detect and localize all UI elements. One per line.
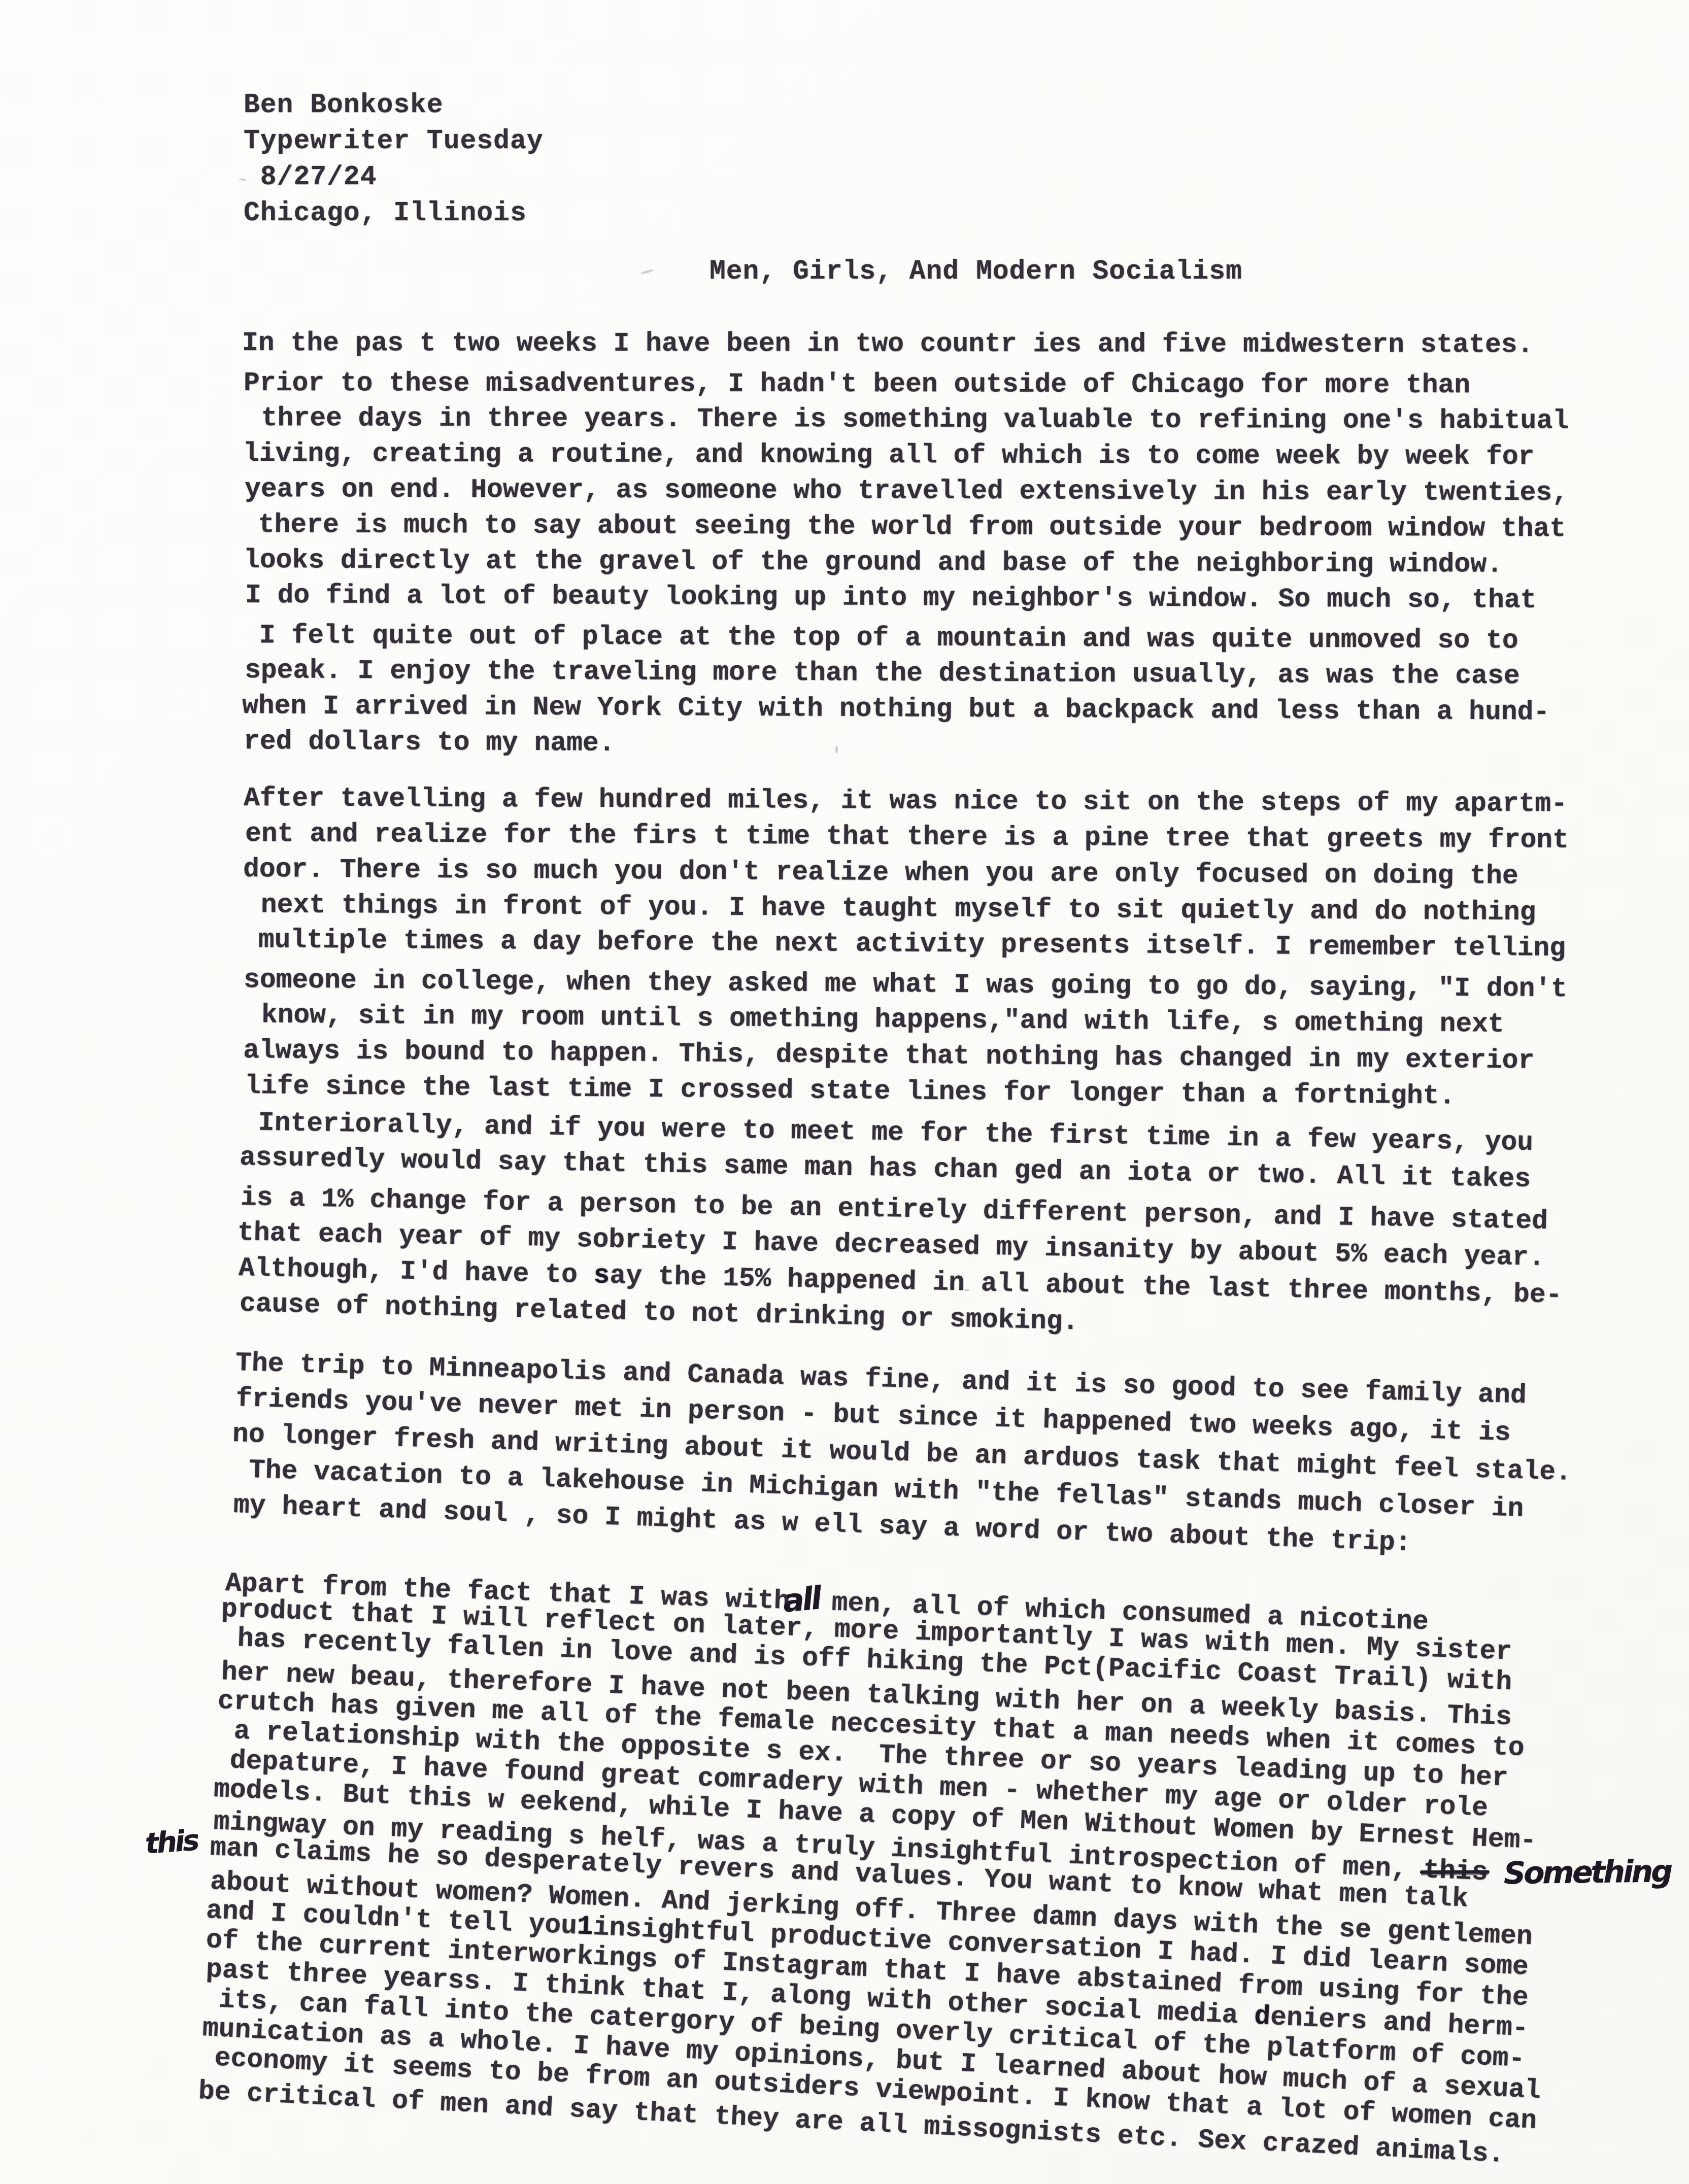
typed-line: always is bound to happen. This, despite… <box>243 1034 1534 1077</box>
typed-text: know, sit in my room until s omething ha… <box>245 1000 1504 1040</box>
typed-line: there is much to say about seeing the wo… <box>242 508 1566 545</box>
typed-text: ent and realize for the firs t time that… <box>245 818 1569 856</box>
handwritten-text: Something <box>1504 1855 1671 1890</box>
typed-line: someone in college, when they asked me w… <box>244 964 1567 1005</box>
typed-text: three days in three years. There is some… <box>245 403 1569 436</box>
overstruck-text: 1 <box>577 1912 594 1942</box>
margin-note-handwritten: this <box>144 1824 198 1860</box>
typed-text: Chicago, Illinois <box>244 198 527 228</box>
typed-text: looks directly at the gravel of the grou… <box>244 545 1503 580</box>
typed-line: speak. I enjoy the traveling more than t… <box>244 654 1519 692</box>
scan-speck <box>640 269 654 275</box>
typed-line: red dollars to my name. <box>244 725 615 760</box>
typed-text: Prior to these misadventures, I hadn't b… <box>244 368 1470 400</box>
typed-line: I do find a lot of beauty looking up int… <box>245 579 1537 617</box>
header-line: 8/27/24 <box>244 161 377 193</box>
typed-text: life since the last time I crossed state… <box>244 1071 1455 1111</box>
typed-line: I felt quite out of place at the top of … <box>243 619 1518 657</box>
typed-text: door. There is so much you don't realize… <box>243 854 1518 892</box>
typed-line: In the pas t two weeks I have been in tw… <box>242 327 1534 361</box>
typed-line: ent and realize for the firs t time that… <box>245 817 1569 857</box>
typed-line: know, sit in my room until s omething ha… <box>245 999 1504 1041</box>
typed-line: life since the last time I crossed state… <box>244 1070 1455 1112</box>
typed-line: door. There is so much you don't realize… <box>243 853 1518 893</box>
overstruck-text: d <box>1254 2001 1271 2032</box>
typed-line: multiple times a day before the next act… <box>242 924 1566 965</box>
typed-text: always is bound to happen. This, despite… <box>243 1035 1534 1076</box>
typed-text: multiple times a day before the next act… <box>242 925 1566 964</box>
typed-text: red dollars to my name. <box>244 726 615 759</box>
typed-line: when I arrived in New York City with not… <box>242 690 1550 729</box>
typed-text: speak. I enjoy the traveling more than t… <box>244 655 1519 691</box>
header-line: Chicago, Illinois <box>244 197 527 229</box>
typed-line: Prior to these misadventures, I hadn't b… <box>244 367 1470 401</box>
typed-text: when I arrived in New York City with not… <box>242 691 1549 728</box>
scanned-letter-page: Ben BonkoskeTypewriter Tuesday 8/27/24Ch… <box>0 0 1689 2184</box>
typed-text: I do find a lot of beauty looking up int… <box>245 580 1537 616</box>
typed-line: living, creating a routine, and knowing … <box>243 437 1534 473</box>
typed-text: years on end. However, as someone who tr… <box>244 474 1568 508</box>
typed-text: Although, I'd have to <box>238 1253 594 1290</box>
header-line: Ben Bonkoske <box>244 89 444 121</box>
typed-text: I felt quite out of place at the top of … <box>243 620 1518 656</box>
header-line: Typewriter Tuesday <box>244 125 544 157</box>
typed-text <box>1487 1857 1504 1888</box>
typed-line: next things in front of you. I have taug… <box>244 889 1536 929</box>
typed-line: years on end. However, as someone who tr… <box>244 473 1568 509</box>
typed-text: someone in college, when they asked me w… <box>244 965 1567 1004</box>
typed-line: three days in three years. There is some… <box>245 402 1569 437</box>
typed-text: next things in front of you. I have taug… <box>244 890 1536 928</box>
overstruck-text: s <box>593 1260 610 1291</box>
letter-title: Men, Girls, And Modern Socialism <box>710 256 1242 287</box>
typed-line: looks directly at the gravel of the grou… <box>244 544 1503 581</box>
typed-line: After tavelling a few hundred miles, it … <box>244 782 1567 820</box>
scan-speck <box>835 745 838 754</box>
typed-text: In the pas t two weeks I have been in tw… <box>242 328 1534 360</box>
typed-text: After tavelling a few hundred miles, it … <box>244 783 1567 819</box>
typed-text: there is much to say about seeing the wo… <box>242 509 1566 544</box>
typed-text: Typewriter Tuesday <box>244 126 544 156</box>
scan-speck <box>964 1289 969 1291</box>
typed-text: 8/27/24 <box>244 162 377 192</box>
typed-text: Ben Bonkoske <box>244 90 444 120</box>
typed-text: living, creating a routine, and knowing … <box>243 438 1534 472</box>
